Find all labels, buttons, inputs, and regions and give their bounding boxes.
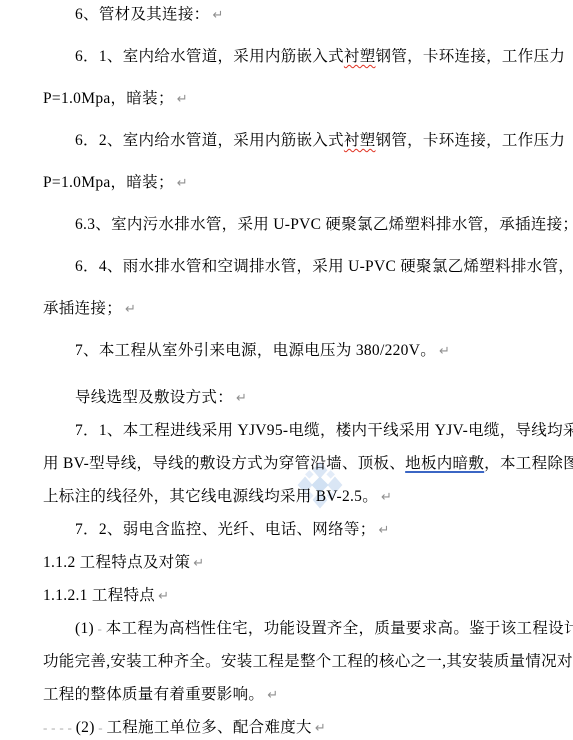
- paragraph-mark-icon: ↵: [376, 523, 390, 538]
- text-run: 6．4、雨水排水管和空调排水管，采用 U-PVC 硬聚氯乙烯塑料排水管，: [75, 258, 573, 275]
- paragraph-mark-icon: ↵: [378, 490, 392, 505]
- text-run: 本工程为高档性住宅，功能设置齐全，质量要求高。鉴于该工程设计: [106, 620, 573, 637]
- text-line: 导线选型及敷设方式：↵: [43, 381, 568, 414]
- text-run: 上标注的线径外，其它线电源线均采用 BV-2.5。: [43, 488, 378, 505]
- text-run: 7、本工程从室外引来电源，电源电压为 380/220V。: [75, 342, 436, 359]
- text-run: 6．1、室内给水管道，采用内筋嵌入式: [75, 48, 344, 65]
- text-line: - - - - (2) - 工程施工单位多、配合难度大↵: [43, 711, 568, 740]
- paragraph-mark-icon: ↵: [209, 8, 223, 23]
- paragraph-mark-icon: ↵: [312, 721, 326, 736]
- text-run: P=1.0Mpa，暗装；: [43, 90, 174, 107]
- section-top: 6、管材及其连接：↵6．1、室内给水管道，采用内筋嵌入式衬塑钢管，卡环连接，工作…: [43, 0, 568, 372]
- format-mark: - - - -: [43, 720, 76, 735]
- paragraph-mark-icon: ↵: [174, 176, 188, 191]
- text-line: 7、本工程从室外引来电源，电源电压为 380/220V。↵: [43, 330, 568, 372]
- text-run: 导线选型及敷设方式：: [75, 389, 233, 406]
- text-line: 1.1.2 工程特点及对策↵: [43, 546, 568, 579]
- text-run: 1.1.2.1 工程特点: [43, 587, 155, 604]
- text-run: 功能完善,安装工种齐全。安装工程是整个工程的核心之一,其安装质量情况对: [43, 653, 573, 670]
- paragraph-mark-icon: ↵: [436, 344, 450, 359]
- text-run: 6．2、室内给水管道，采用内筋嵌入式: [75, 132, 344, 149]
- text-run: 工程的整体质量有着重要影响。: [43, 686, 264, 703]
- text-line: P=1.0Mpa，暗装；↵: [43, 78, 568, 120]
- paragraph-mark-icon: ↵: [264, 688, 278, 703]
- underlined-text: 地板内暗敷: [405, 455, 484, 472]
- text-run: 承插连接；: [43, 300, 122, 317]
- text-run: ，本工程除图: [484, 455, 573, 472]
- text-run: 6、管材及其连接：: [75, 6, 209, 23]
- text-line: P=1.0Mpa，暗装；↵: [43, 162, 568, 204]
- text-line: 6．4、雨水排水管和空调排水管，采用 U-PVC 硬聚氯乙烯塑料排水管，: [43, 246, 568, 288]
- text-run: (2): [76, 719, 95, 736]
- text-line: 1.1.2.1 工程特点↵: [43, 579, 568, 612]
- text-line: 功能完善,安装工种齐全。安装工程是整个工程的核心之一,其安装质量情况对: [43, 645, 568, 678]
- text-run: 6.3、室内污水排水管，采用 U-PVC 硬聚氯乙烯塑料排水管，承插连接；: [75, 216, 573, 233]
- text-line: 上标注的线径外，其它线电源线均采用 BV-2.5。↵: [43, 480, 568, 513]
- paragraph-mark-icon: ↵: [233, 391, 247, 406]
- paragraph-mark-icon: ↵: [190, 556, 204, 571]
- document-page: 6、管材及其连接：↵6．1、室内给水管道，采用内筋嵌入式衬塑钢管，卡环连接，工作…: [0, 0, 573, 740]
- section-bottom: 导线选型及敷设方式：↵7．1、本工程进线采用 YJV95-电缆，楼内干线采用 Y…: [43, 381, 568, 740]
- text-line: 工程的整体质量有着重要影响。↵: [43, 678, 568, 711]
- text-line: 6．1、室内给水管道，采用内筋嵌入式衬塑钢管，卡环连接，工作压力: [43, 36, 568, 78]
- text-line: (1) - 本工程为高档性住宅，功能设置齐全，质量要求高。鉴于该工程设计: [43, 612, 568, 645]
- text-run: 钢管，卡环连接，工作压力: [376, 132, 566, 149]
- text-line: 6、管材及其连接：↵: [43, 0, 568, 36]
- format-mark: -: [95, 720, 107, 735]
- spellcheck-squiggle-text: 衬塑: [344, 48, 376, 65]
- paragraph-mark-icon: ↵: [174, 92, 188, 107]
- text-line: 7．2、弱电含监控、光纤、电话、网络等；↵: [43, 513, 568, 546]
- text-run: 7．2、弱电含监控、光纤、电话、网络等；: [75, 521, 376, 538]
- text-line: 7．1、本工程进线采用 YJV95-电缆，楼内干线采用 YJV-电缆，导线均采: [43, 414, 568, 447]
- text-run: 7．1、本工程进线采用 YJV95-电缆，楼内干线采用 YJV-电缆，导线均采: [75, 422, 573, 439]
- text-run: P=1.0Mpa，暗装；: [43, 174, 174, 191]
- document-body: 6、管材及其连接：↵6．1、室内给水管道，采用内筋嵌入式衬塑钢管，卡环连接，工作…: [43, 0, 568, 740]
- paragraph-mark-icon: ↵: [155, 589, 169, 604]
- spellcheck-squiggle-text: 衬塑: [344, 132, 376, 149]
- text-line: 承插连接；↵: [43, 288, 568, 330]
- text-run: (1): [75, 620, 94, 637]
- text-run: 工程施工单位多、配合难度大: [106, 719, 311, 736]
- text-line: 6.3、室内污水排水管，采用 U-PVC 硬聚氯乙烯塑料排水管，承插连接；↵: [43, 204, 568, 246]
- text-run: 钢管，卡环连接，工作压力: [376, 48, 566, 65]
- paragraph-mark-icon: ↵: [122, 302, 136, 317]
- text-run: 1.1.2 工程特点及对策: [43, 554, 190, 571]
- text-line: 6．2、室内给水管道，采用内筋嵌入式衬塑钢管，卡环连接，工作压力: [43, 120, 568, 162]
- text-line: 用 BV-型导线，导线的敷设方式为穿管沿墙、顶板、地板内暗敷，本工程除图: [43, 447, 568, 480]
- text-run: 用 BV-型导线，导线的敷设方式为穿管沿墙、顶板、: [43, 455, 405, 472]
- format-mark: -: [94, 621, 106, 636]
